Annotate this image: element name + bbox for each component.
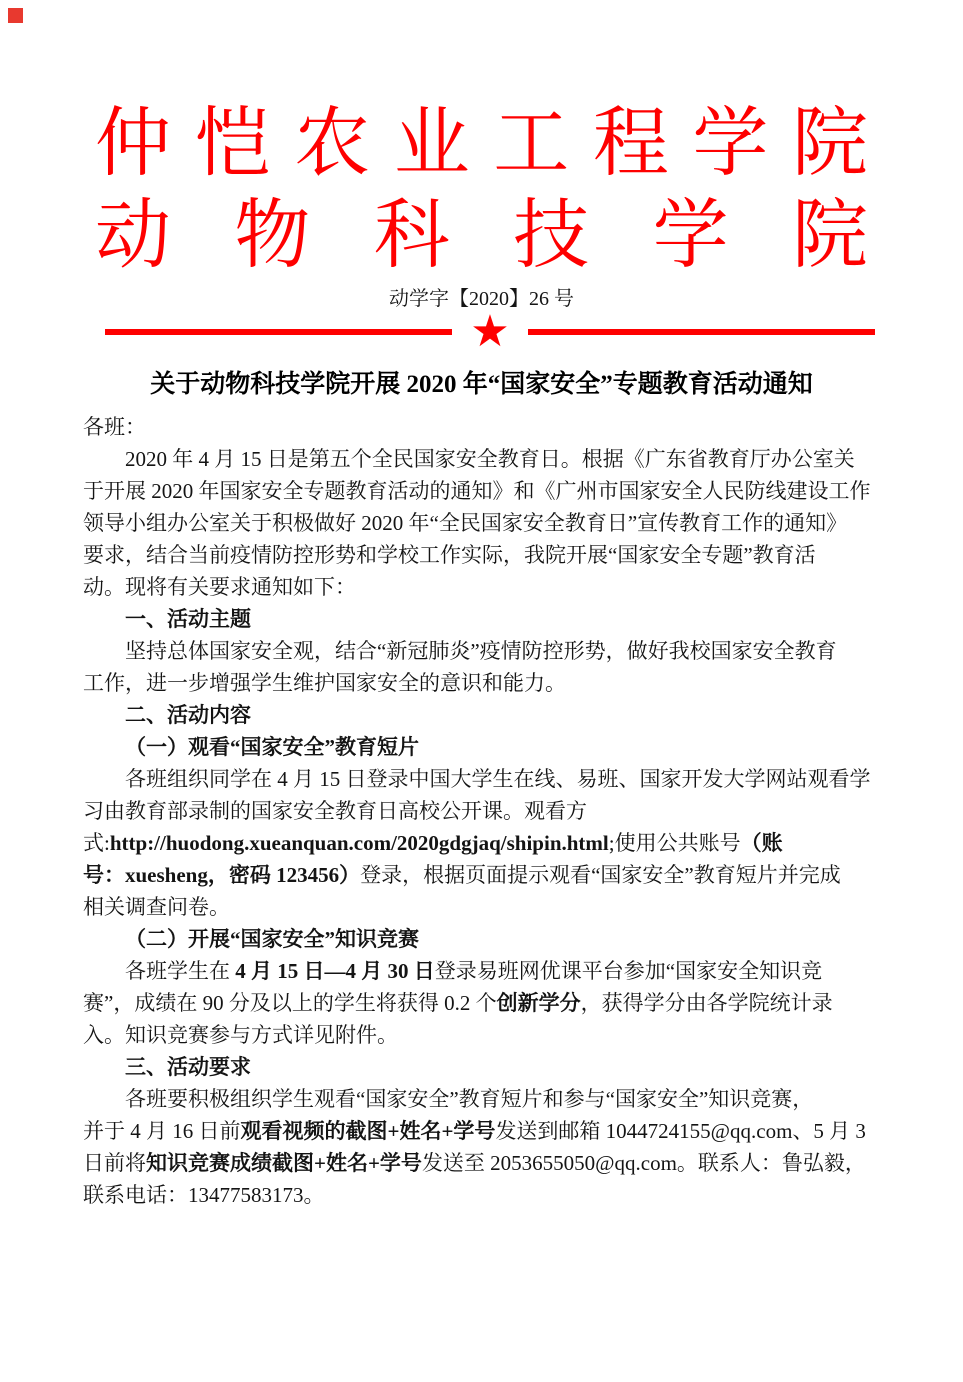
body-line: 赛”，成绩在 90 分及以上的学生将获得 0.2 个创新学分，获得学分由各学院统… <box>83 987 878 1019</box>
divider-line-left <box>105 329 452 335</box>
university-name-heading: 仲恺农业工程学院 <box>0 0 963 190</box>
body-line: 相关调查问卷。 <box>83 891 878 923</box>
header-char: 科 <box>374 190 450 282</box>
text-run: 坚持总体国家安全观，结合“新冠肺炎”疫情防控形势，做好我校国家安全教育 <box>125 639 837 663</box>
text-run: 登录，根据页面提示观看“国家安全”教育短片并完成 <box>360 863 841 887</box>
body-line: 工作，进一步增强学生维护国家安全的意识和能力。 <box>83 667 878 699</box>
bold-text-run: http://huodong.xueanquan.com/2020gdgjaq/… <box>110 831 609 855</box>
body-line: 领导小组办公室关于积极做好 2020 年“全民国家安全教育日”宣传教育工作的通知… <box>83 507 878 539</box>
corner-red-marker <box>8 8 23 23</box>
body-line: 并于 4 月 16 日前观看视频的截图+姓名+学号发送到邮箱 104472415… <box>83 1115 878 1147</box>
body-line: 2020 年 4 月 15 日是第五个全民国家安全教育日。根据《广东省教育厅办公… <box>83 443 878 475</box>
notice-document-page: 仲恺农业工程学院 动物科技学院 动学字【2020】26 号 ★ 关于动物科技学院… <box>0 0 963 1382</box>
text-run: 赛”，成绩在 90 分及以上的学生将获得 0.2 个 <box>83 991 497 1015</box>
text-run: 发送到邮箱 1044724155@qq.com、5 月 3 <box>495 1119 866 1143</box>
header-char: 农 <box>294 98 370 190</box>
body-line: 日前将知识竞赛成绩截图+姓名+学号发送至 2053655050@qq.com。联… <box>83 1147 878 1179</box>
text-run: 领导小组办公室关于积极做好 2020 年“全民国家安全教育日”宣传教育工作的通知… <box>83 511 847 535</box>
body-line: 各班组织同学在 4 月 15 日登录中国大学生在线、易班、国家开发大学网站观看学 <box>83 763 878 795</box>
body-heading-line: 三、活动要求 <box>83 1051 878 1083</box>
header-divider: ★ <box>105 312 875 352</box>
text-run: 入。知识竞赛参与方式详见附件。 <box>83 1023 398 1047</box>
header-char: 程 <box>593 98 669 190</box>
notice-title: 关于动物科技学院开展 2020 年“国家安全”专题教育活动通知 <box>0 370 963 400</box>
header-char: 业 <box>394 98 470 190</box>
text-run: 一、活动主题 <box>125 607 251 631</box>
text-run: 习由教育部录制的国家安全教育日高校公开课。观看方 <box>83 799 587 823</box>
body-line: 于开展 2020 年国家安全专题教育活动的通知》和《广州市国家安全人民防线建设工… <box>83 475 878 507</box>
header-char: 恺 <box>195 98 271 190</box>
body-line: 各班学生在 4 月 15 日—4 月 30 日登录易班网优课平台参加“国家安全知… <box>83 955 878 987</box>
text-run: 要求，结合当前疫情防控形势和学校工作实际，我院开展“国家安全专题”教育活 <box>83 543 816 567</box>
body-line: 入。知识竞赛参与方式详见附件。 <box>83 1019 878 1051</box>
body-line: 各班： <box>83 411 878 443</box>
header-char: 学 <box>692 98 768 190</box>
text-run: 并于 4 月 16 日前 <box>83 1119 241 1143</box>
star-icon: ★ <box>470 312 509 352</box>
text-run: 2020 年 4 月 15 日是第五个全民国家安全教育日。根据《广东省教育厅办公… <box>125 447 855 471</box>
text-run: 动。现将有关要求通知如下： <box>83 575 356 599</box>
body-line: 式:http://huodong.xueanquan.com/2020gdgja… <box>83 827 878 859</box>
text-run: （一）观看“国家安全”教育短片 <box>125 735 419 759</box>
body-line: 要求，结合当前疫情防控形势和学校工作实际，我院开展“国家安全专题”教育活 <box>83 539 878 571</box>
text-run: 相关调查问卷。 <box>83 895 230 919</box>
text-run: 于开展 2020 年国家安全专题教育活动的通知》和《广州市国家安全人民防线建设工… <box>83 479 871 503</box>
header-char: 院 <box>792 190 868 282</box>
bold-text-run: 4 月 15 日—4 月 30 日 <box>235 959 435 983</box>
header-char: 学 <box>653 190 729 282</box>
body-heading-line: 二、活动内容 <box>83 699 878 731</box>
header-char: 工 <box>493 98 569 190</box>
text-run: 工作，进一步增强学生维护国家安全的意识和能力。 <box>83 671 566 695</box>
body-line: 联系电话：13477583173。 <box>83 1179 878 1211</box>
body-heading-line: （一）观看“国家安全”教育短片 <box>83 731 878 763</box>
bold-text-run: （账 <box>741 831 783 855</box>
text-run: 发送至 2053655050@qq.com。联系人：鲁弘毅， <box>422 1151 866 1175</box>
body-line: 动。现将有关要求通知如下： <box>83 571 878 603</box>
header-char: 院 <box>792 98 868 190</box>
text-run: 各班学生在 <box>125 959 235 983</box>
text-run: 登录易班网优课平台参加“国家安全知识竞 <box>435 959 822 983</box>
header-char: 物 <box>234 190 310 282</box>
body-line: 习由教育部录制的国家安全教育日高校公开课。观看方 <box>83 795 878 827</box>
text-run: 联系电话：13477583173。 <box>83 1183 325 1207</box>
text-run: （二）开展“国家安全”知识竞赛 <box>125 927 419 951</box>
bold-text-run: 观看视频的截图+姓名+学号 <box>241 1119 496 1143</box>
bold-text-run: 号：xuesheng，密码 123456） <box>83 863 360 887</box>
bold-text-run: 知识竞赛成绩截图+姓名+学号 <box>146 1151 422 1175</box>
text-run: 日前将 <box>83 1151 146 1175</box>
header-char: 动 <box>95 190 171 282</box>
header-char: 仲 <box>95 98 171 190</box>
body-heading-line: （二）开展“国家安全”知识竞赛 <box>83 923 878 955</box>
body-heading-line: 一、活动主题 <box>83 603 878 635</box>
body-line: 坚持总体国家安全观，结合“新冠肺炎”疫情防控形势，做好我校国家安全教育 <box>83 635 878 667</box>
text-run: 式: <box>83 831 110 855</box>
divider-line-right <box>528 329 875 335</box>
college-name-heading: 动物科技学院 <box>0 190 963 282</box>
body-line: 号：xuesheng，密码 123456）登录，根据页面提示观看“国家安全”教育… <box>83 859 878 891</box>
text-run: ;使用公共账号 <box>609 831 741 855</box>
text-run: 各班： <box>83 415 146 439</box>
header-char: 技 <box>513 190 589 282</box>
body-line: 各班要积极组织学生观看“国家安全”教育短片和参与“国家安全”知识竞赛， <box>83 1083 878 1115</box>
text-run: 二、活动内容 <box>125 703 251 727</box>
text-run: 三、活动要求 <box>125 1055 251 1079</box>
text-run: ，获得学分由各学院统计录 <box>581 991 833 1015</box>
text-run: 各班要积极组织学生观看“国家安全”教育短片和参与“国家安全”知识竞赛， <box>125 1087 813 1111</box>
notice-body: 各班：2020 年 4 月 15 日是第五个全民国家安全教育日。根据《广东省教育… <box>83 411 878 1211</box>
bold-text-run: 创新学分 <box>497 991 581 1015</box>
text-run: 各班组织同学在 4 月 15 日登录中国大学生在线、易班、国家开发大学网站观看学 <box>125 767 871 791</box>
